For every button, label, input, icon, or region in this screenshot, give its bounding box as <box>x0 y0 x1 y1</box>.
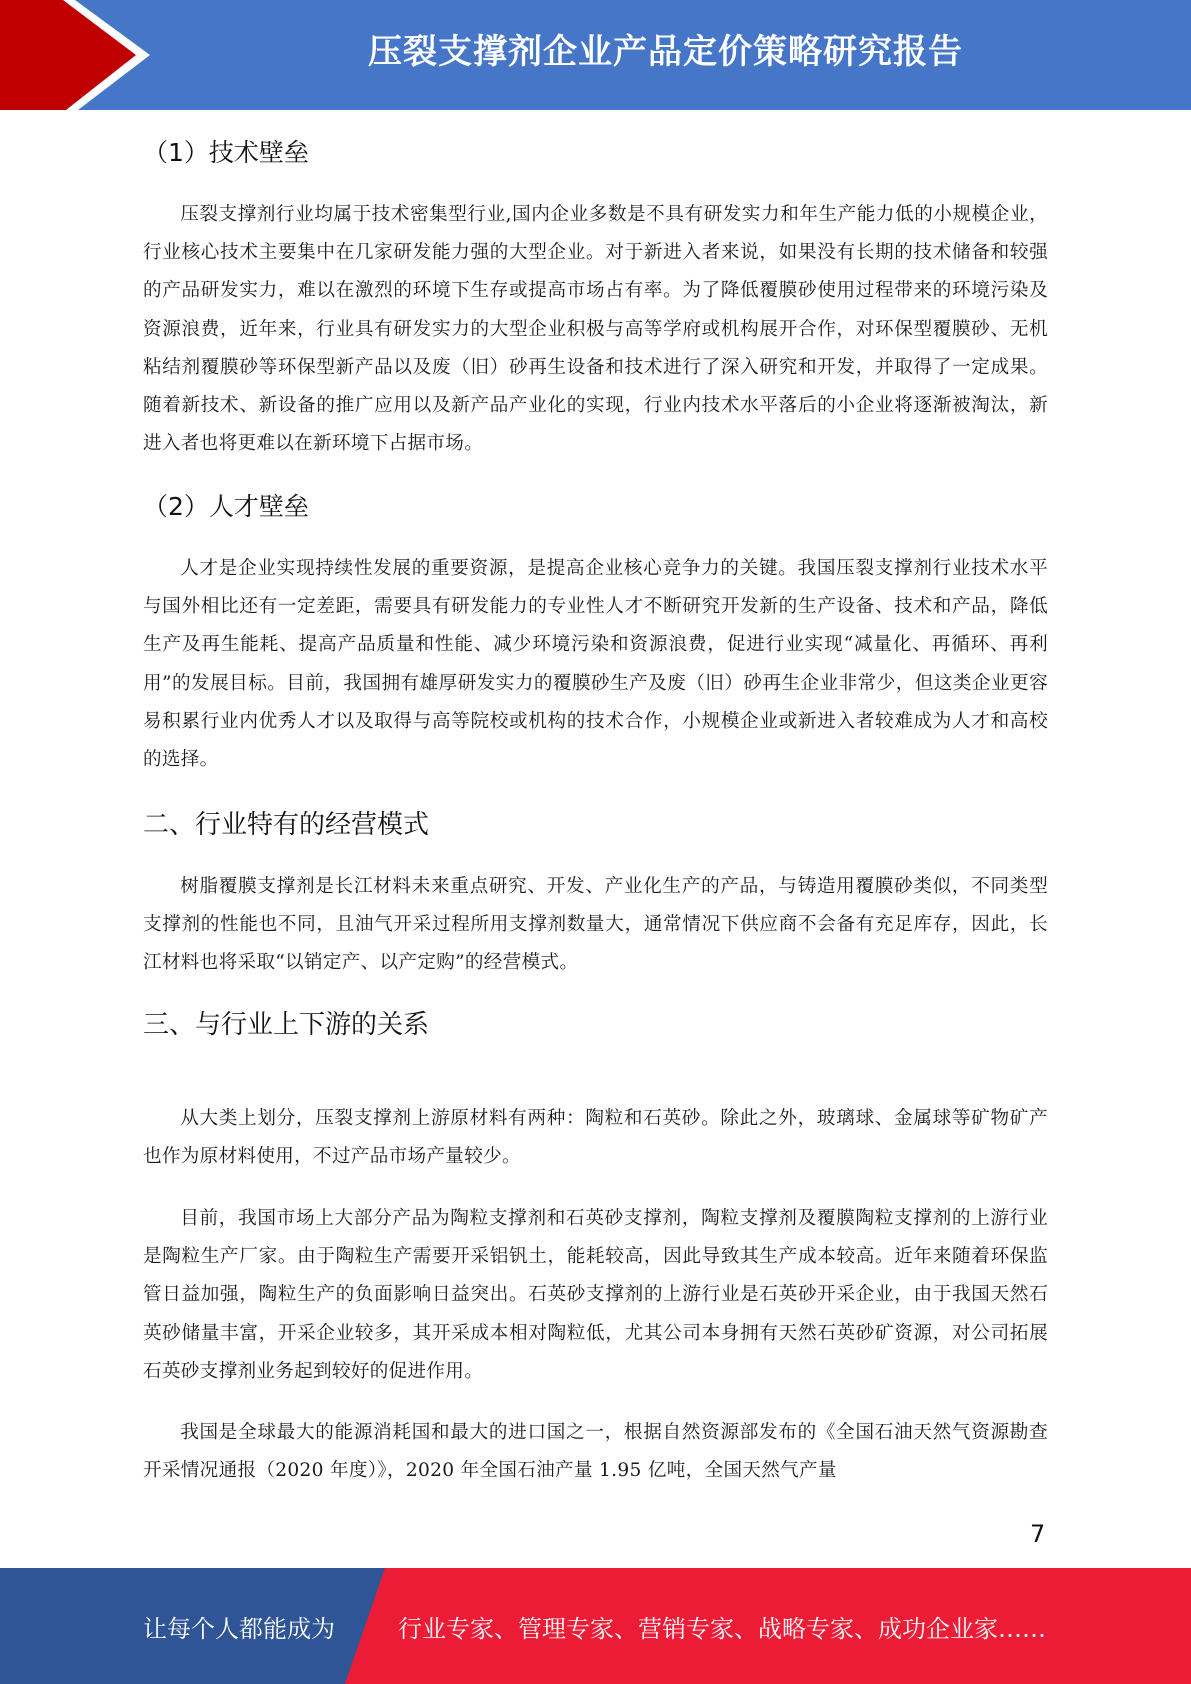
paragraph-ceramic-quartz: 目前，我国市场上大部分产品为陶粒支撑剂和石英砂支撑剂，陶粒支撑剂及覆膜陶粒支撑剂… <box>143 1200 1048 1391</box>
page-header-banner: 压裂支撑剂企业产品定价策略研究报告 <box>0 0 1191 110</box>
paragraph-energy-consumption: 我国是全球最大的能源消耗国和最大的进口国之一，根据自然资源部发布的《全国石油天然… <box>143 1414 1048 1490</box>
subsection-heading-tech-barrier: （1）技术壁垒 <box>143 133 309 169</box>
subsection-heading-talent-barrier: （2）人才壁垒 <box>143 487 309 523</box>
page-number: 7 <box>1030 1520 1045 1548</box>
page-footer-banner: 让每个人都能成为 行业专家、管理专家、营销专家、战略专家、成功企业家…… <box>0 1568 1191 1684</box>
section-heading-business-model: 二、行业特有的经营模式 <box>143 804 429 841</box>
paragraph-upstream-materials: 从大类上划分，压裂支撑剂上游原材料有两种：陶粒和石英砂。除此之外，玻璃球、金属球… <box>143 1100 1048 1176</box>
section-heading-upstream-downstream: 三、与行业上下游的关系 <box>143 1004 429 1041</box>
footer-slogan-left: 让每个人都能成为 <box>143 1568 335 1684</box>
document-title: 压裂支撑剂企业产品定价策略研究报告 <box>0 0 1191 110</box>
footer-slogan-right: 行业专家、管理专家、营销专家、战略专家、成功企业家…… <box>398 1568 1046 1684</box>
paragraph-business-model: 树脂覆膜支撑剂是长江材料未来重点研究、开发、产业化生产的产品，与铸造用覆膜砂类似… <box>143 868 1048 983</box>
paragraph-tech-barrier: 压裂支撑剂行业均属于技术密集型行业,国内企业多数是不具有研发实力和年生产能力低的… <box>143 196 1048 463</box>
paragraph-talent-barrier: 人才是企业实现持续性发展的重要资源，是提高企业核心竞争力的关键。我国压裂支撑剂行… <box>143 550 1048 779</box>
